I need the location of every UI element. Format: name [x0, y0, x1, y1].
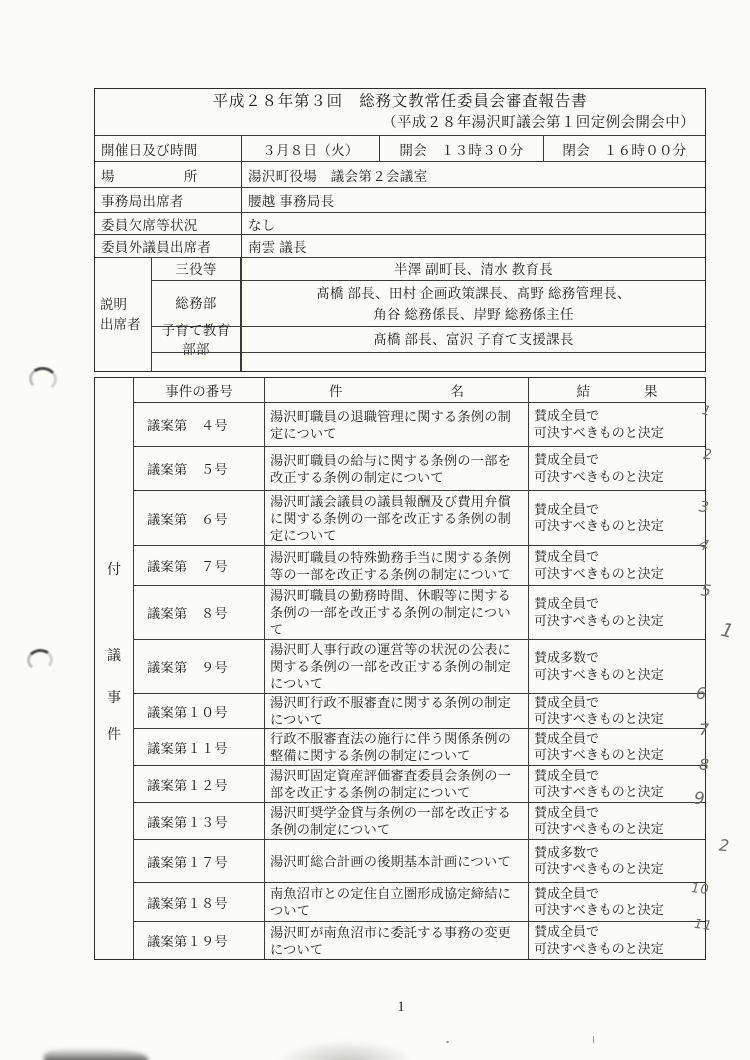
- case-result: 賛成全員で可決すべきものと決定: [528, 729, 705, 765]
- case-title: 湯沢町職員の退職管理に関する条例の制定について: [264, 403, 528, 446]
- case-number: 議案第 ７号: [134, 546, 264, 585]
- case-result: 賛成全員で可決すべきものと決定: [528, 766, 705, 802]
- case-number: 議案第１９号: [134, 922, 264, 959]
- agenda-items-table: 付議事件 事件の番号 件 名 結 果 議案第 ４号湯沢町職員の退職管理に関する条…: [94, 377, 706, 960]
- agenda-case-row: 議案第１７号湯沢町総合計画の後期基本計画について賛成多数で可決すべきものと決定: [134, 839, 705, 882]
- case-title: 湯沢町奨学金貸与条例の一部を改正する条例の制定について: [264, 803, 528, 839]
- case-title: 南魚沼市との定住自立圏形成協定締結について: [264, 883, 528, 921]
- datetime-label: 開催日及び時間: [95, 136, 241, 161]
- case-result: 賛成多数で可決すべきものと決定: [528, 640, 705, 693]
- case-result: 賛成全員で可決すべきものと決定: [528, 447, 705, 490]
- attendee-group-label: 三役等: [151, 258, 241, 280]
- handwritten-mark: 1: [719, 619, 737, 644]
- handwritten-mark: 9: [694, 789, 706, 809]
- case-title: 湯沢町職員の特殊勤務手当に関する条例等の一部を改正する条例の制定について: [264, 546, 528, 585]
- case-number: 議案第１３号: [134, 803, 264, 839]
- absence-label: 委員欠席等状況: [95, 213, 241, 234]
- title-cell: 平成２８年第３回 総務文教常任委員会審査報告書 （平成２８年湯沢町議会第１回定例…: [95, 89, 705, 135]
- case-result: 賛成全員で可決すべきものと決定: [528, 803, 705, 839]
- agenda-case-row: 議案第１２号湯沢町固定資産評価審査委員会条例の一部を改正する条例の制定について賛…: [134, 765, 705, 802]
- case-result: 賛成多数で可決すべきものと決定: [528, 840, 705, 882]
- scan-smudge-light: [276, 1040, 416, 1060]
- scan-speck: [446, 1041, 449, 1043]
- page-number: 1: [386, 999, 416, 1016]
- agenda-case-row: 議案第 ８号湯沢町職員の勤務時間、休暇等に関する条例の一部を改正する条例の制定に…: [134, 585, 705, 639]
- scan-smudge-dark: [44, 1048, 148, 1060]
- explainer-attendees-block: 説明 出席者 三役等半澤 副町長、清水 教育長総務部髙橋 部長、田村 企画政策課…: [95, 257, 705, 371]
- meeting-date: ３月８日（火）: [241, 136, 379, 161]
- case-title: 湯沢町が南魚沼市に委託する事務の変更について: [264, 922, 528, 959]
- attendee-group-members: 髙橋 部長、富沢 子育て支援課長: [241, 327, 705, 352]
- case-result: 賛成全員で可決すべきものと決定: [528, 546, 705, 585]
- case-title: 湯沢町人事行政の運営等の状況の公表に関する条例の一部を改正する条例の制定について: [264, 640, 528, 693]
- meeting-close-time: 閉会 １６時００分: [543, 136, 705, 161]
- non-member-row: 委員外議員出席者 南雲 議長: [95, 234, 705, 257]
- agenda-case-row: 議案第 ７号湯沢町職員の特殊勤務手当に関する条例等の一部を改正する条例の制定につ…: [134, 545, 705, 585]
- case-number: 議案第 ９号: [134, 640, 264, 693]
- case-title: 湯沢町行政不服審査に関する条例の制定について: [264, 694, 528, 728]
- place-row: 場 所 湯沢町役場 議会第２会議室: [95, 161, 705, 187]
- agenda-case-row: 議案第 ９号湯沢町人事行政の運営等の状況の公表に関する条例の一部を改正する条例の…: [134, 639, 705, 693]
- absence-value: なし: [241, 213, 705, 234]
- meeting-open-time: 開会 １３時３０分: [379, 136, 543, 161]
- attendee-group-label: 子育て教育部部: [151, 327, 241, 352]
- case-number: 議案第１８号: [134, 883, 264, 921]
- column-header-case-name: 件 名: [264, 378, 528, 402]
- handwritten-mark: 3: [698, 497, 712, 517]
- case-title: 行政不服審査法の施行に伴う関係条例の整備に関する条例の制定について: [264, 729, 528, 765]
- agenda-header-row: 事件の番号 件 名 結 果: [134, 378, 705, 402]
- non-member-label: 委員外議員出席者: [95, 235, 241, 257]
- case-number: 議案第１０号: [134, 694, 264, 728]
- handwritten-mark: 2: [718, 836, 731, 856]
- place-value: 湯沢町役場 議会第２会議室: [241, 162, 705, 187]
- case-result: 賛成全員で可決すべきものと決定: [528, 694, 705, 728]
- punch-hole-shadow-top: [28, 366, 58, 393]
- column-header-result: 結 果: [528, 378, 705, 402]
- case-number: 議案第１１号: [134, 729, 264, 765]
- attendee-group-row: 総務部髙橋 部長、田村 企画政策課長、髙野 総務管理長、角谷 総務係長、岸野 総…: [151, 280, 705, 326]
- agenda-case-row: 議案第１１号行政不服審査法の施行に伴う関係条例の整備に関する条例の制定について賛…: [134, 728, 705, 765]
- report-title: 平成２８年第３回 総務文教常任委員会審査報告書: [103, 91, 697, 113]
- case-result: 賛成全員で可決すべきものと決定: [528, 586, 705, 639]
- case-title: 湯沢町議会議員の議員報酬及び費用弁償に関する条例の一部を改正する条例の制定につい…: [264, 491, 528, 545]
- attendee-group-row: 三役等半澤 副町長、清水 教育長: [151, 258, 705, 280]
- case-number: 議案第 ４号: [134, 403, 264, 446]
- attendee-group-members: 半澤 副町長、清水 教育長: [241, 258, 705, 280]
- case-title: 湯沢町固定資産評価審査委員会条例の一部を改正する条例の制定について: [264, 766, 528, 802]
- case-title: 湯沢町職員の勤務時間、休暇等に関する条例の一部を改正する条例の制定について: [264, 586, 528, 639]
- column-header-case-number: 事件の番号: [134, 378, 264, 402]
- case-number: 議案第１２号: [134, 766, 264, 802]
- side-label-char: 件: [95, 724, 133, 744]
- agenda-case-row: 議案第１８号南魚沼市との定住自立圏形成協定締結について賛成全員で可決すべきものと…: [134, 882, 705, 921]
- scan-speck: [593, 1036, 594, 1043]
- punch-hole-shadow-bottom: [26, 648, 54, 672]
- case-result: 賛成全員で可決すべきものと決定: [528, 491, 705, 545]
- explainer-attendees-label: 説明 出席者: [95, 258, 151, 371]
- attendee-group-row: 子育て教育部部髙橋 部長、富沢 子育て支援課長: [151, 326, 705, 352]
- secretariat-label: 事務局出席者: [95, 188, 241, 212]
- agenda-rows: 議案第 ４号湯沢町職員の退職管理に関する条例の制定について賛成全員で可決すべきも…: [134, 402, 705, 959]
- non-member-value: 南雲 議長: [241, 235, 705, 257]
- handwritten-mark: 8: [699, 755, 710, 774]
- place-label: 場 所: [95, 162, 241, 187]
- handwritten-mark: 1: [700, 403, 713, 420]
- side-label-char: 事: [95, 687, 133, 707]
- handwritten-mark: 10: [690, 881, 710, 898]
- case-title: 湯沢町職員の給与に関する条例の一部を改正する条例の制定について: [264, 447, 528, 490]
- case-number: 議案第 ６号: [134, 491, 264, 545]
- agenda-side-label: 付議事件: [95, 378, 134, 959]
- agenda-case-row: 議案第 ６号湯沢町議会議員の議員報酬及び費用弁償に関する条例の一部を改正する条例…: [134, 490, 705, 545]
- agenda-case-row: 議案第１９号湯沢町が南魚沼市に委託する事務の変更について賛成全員で可決すべきもの…: [134, 921, 705, 959]
- case-result: 賛成全員で可決すべきものと決定: [528, 403, 705, 446]
- report-subtitle: （平成２８年湯沢町議会第１回定例会開会中）: [103, 113, 697, 134]
- report-document: 平成２８年第３回 総務文教常任委員会審査報告書 （平成２８年湯沢町議会第１回定例…: [94, 88, 706, 960]
- agenda-case-row: 議案第１３号湯沢町奨学金貸与条例の一部を改正する条例の制定について賛成全員で可決…: [134, 802, 705, 839]
- side-label-char: 付: [95, 559, 133, 579]
- handwritten-mark: 5: [700, 580, 714, 600]
- agenda-case-row: 議案第 ５号湯沢町職員の給与に関する条例の一部を改正する条例の制定について賛成全…: [134, 446, 705, 490]
- attendee-group-rows: 三役等半澤 副町長、清水 教育長総務部髙橋 部長、田村 企画政策課長、髙野 総務…: [151, 258, 705, 371]
- agenda-case-row: 議案第 ４号湯沢町職員の退職管理に関する条例の制定について賛成全員で可決すべきも…: [134, 402, 705, 446]
- attendee-empty-row: [151, 352, 705, 371]
- datetime-row: 開催日及び時間 ３月８日（火） 開会 １３時３０分 閉会 １６時００分: [95, 135, 705, 161]
- case-result: 賛成全員で可決すべきものと決定: [528, 922, 705, 959]
- scanned-report-page: 平成２８年第３回 総務文教常任委員会審査報告書 （平成２８年湯沢町議会第１回定例…: [0, 0, 750, 1060]
- case-number: 議案第 ５号: [134, 447, 264, 490]
- handwritten-mark: 6: [696, 684, 708, 703]
- secretariat-row: 事務局出席者 腰越 事務局長: [95, 187, 705, 212]
- agenda-table-main: 事件の番号 件 名 結 果 議案第 ４号湯沢町職員の退職管理に関する条例の制定に…: [134, 378, 705, 959]
- absence-row: 委員欠席等状況 なし: [95, 212, 705, 234]
- handwritten-mark: 2: [703, 447, 713, 463]
- case-number: 議案第 ８号: [134, 586, 264, 639]
- attendee-group-members: 髙橋 部長、田村 企画政策課長、髙野 総務管理長、角谷 総務係長、岸野 総務係主…: [241, 281, 705, 326]
- handwritten-mark: 11: [693, 917, 713, 934]
- case-title: 湯沢町総合計画の後期基本計画について: [264, 840, 528, 882]
- side-label-char: 議: [95, 645, 133, 665]
- meeting-info-table: 平成２８年第３回 総務文教常任委員会審査報告書 （平成２８年湯沢町議会第１回定例…: [94, 88, 706, 372]
- handwritten-mark: 7: [699, 720, 710, 739]
- case-number: 議案第１７号: [134, 840, 264, 882]
- secretariat-value: 腰越 事務局長: [241, 188, 705, 212]
- agenda-case-row: 議案第１０号湯沢町行政不服審査に関する条例の制定について賛成全員で可決すべきもの…: [134, 693, 705, 728]
- case-result: 賛成全員で可決すべきものと決定: [528, 883, 705, 921]
- attendee-group-label: 総務部: [151, 281, 241, 326]
